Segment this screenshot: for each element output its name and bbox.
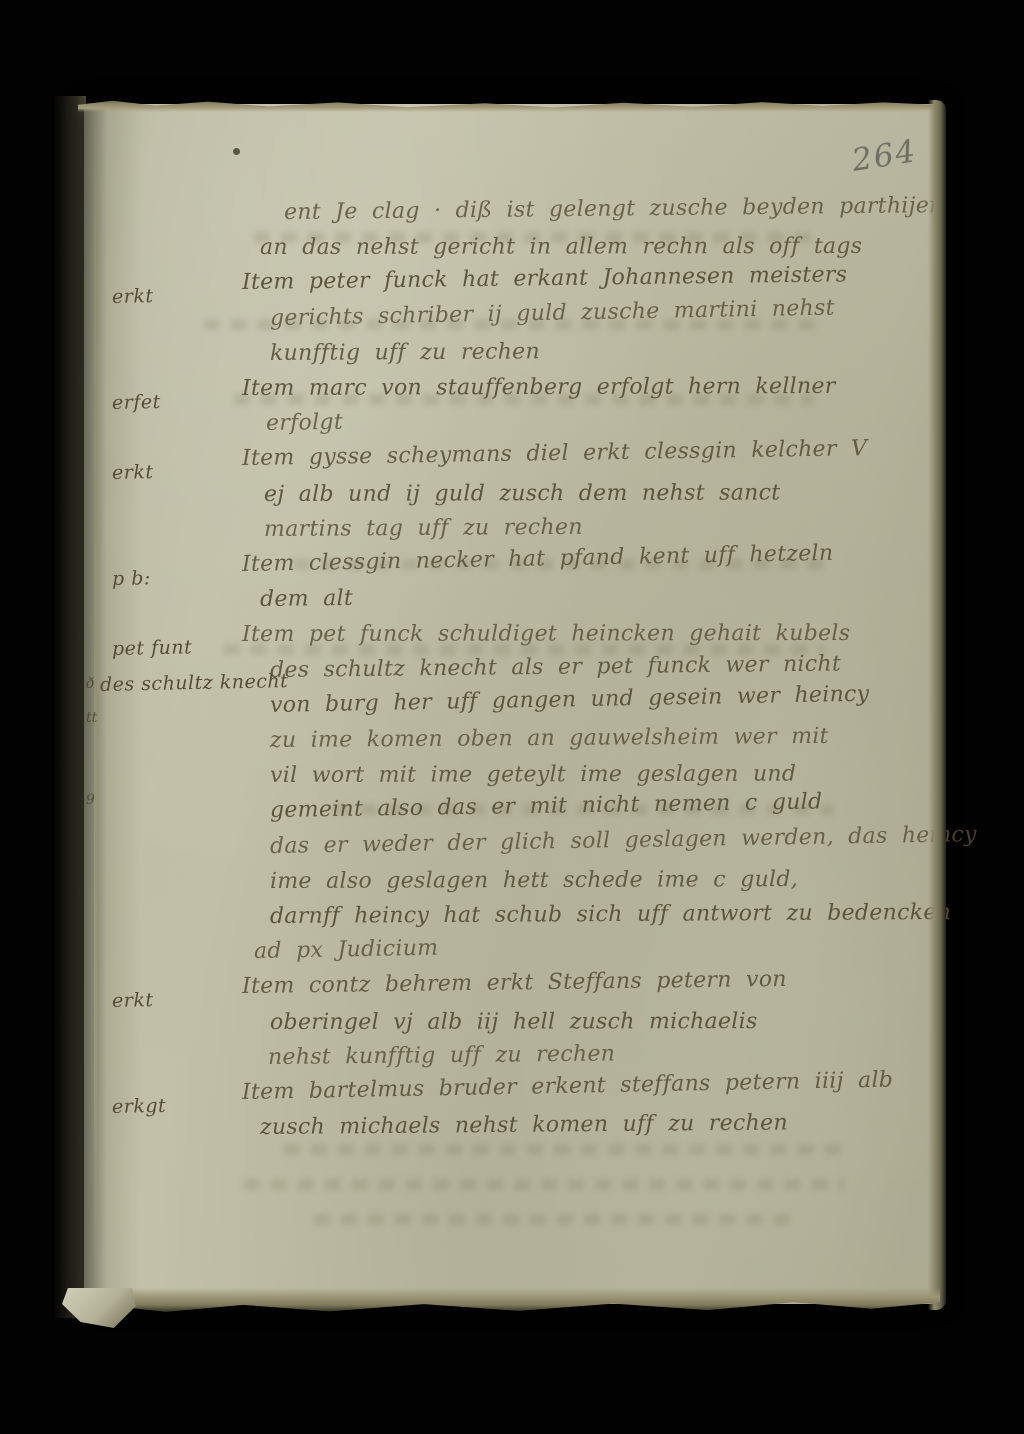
archival-photo: 264 ent Je clag · diß ist gelengt zusche… — [0, 0, 1024, 1434]
book-spine-shadow — [52, 96, 86, 1318]
bottom-left-corner-curl — [62, 1288, 136, 1328]
manuscript-page: 264 ent Je clag · diß ist gelengt zusche… — [84, 104, 940, 1304]
gutter-ink-mark: 9 — [86, 792, 95, 808]
gutter-ink-mark: ð — [86, 676, 94, 692]
page-fore-edge — [928, 100, 946, 1310]
gutter-marks-block: ðtt9 — [84, 104, 940, 1304]
page-bottom-deckle-edge — [80, 1288, 940, 1314]
gutter-ink-mark: tt — [86, 710, 97, 726]
